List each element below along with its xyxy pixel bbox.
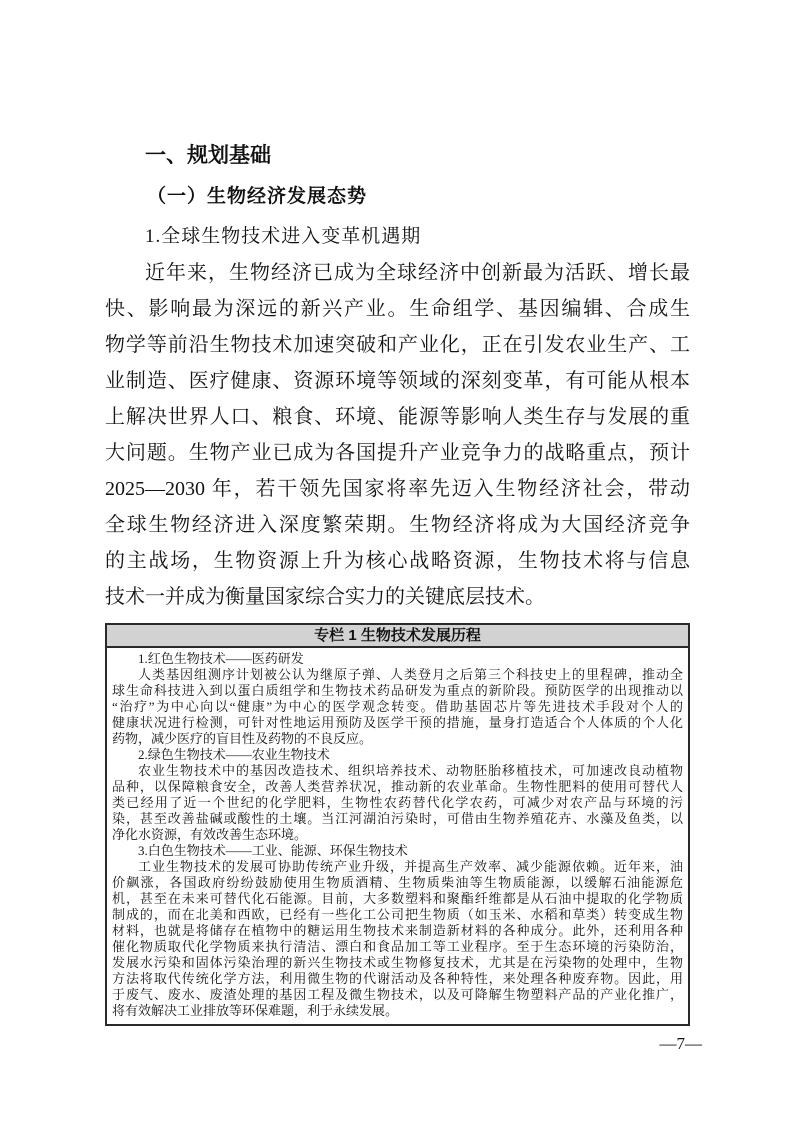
body-paragraph: 近年来，生物经济已成为全球经济中创新最为活跃、增长最快、影响最为深远的新兴产业。… <box>105 255 690 615</box>
text-line: 将有效解决工业排放等环保难题，利于永续发展。 <box>112 1003 683 1019</box>
text-line: 全球生物经济进入深度繁荣期。生物经济将成为大国经济竞争 <box>105 507 690 543</box>
panel-section-text: 农业生物技术中的基因改造技术、组织培养技术、动物胚胎移植技术，可加速改良动植物品… <box>112 763 683 843</box>
text-line: 制成的，而在北美和西欧，已经有一些化工公司把生物质（如玉米、水稻和草类）转变成生… <box>112 907 683 923</box>
text-line: 人类基因组测序计划被公认为继原子弹、人类登月之后第三个科技史上的里程碑，推动全 <box>112 667 683 683</box>
panel-section-text: 工业生物技术的发展可协助传统产业升级，并提高生产效率、减少能源依赖。近年来，油价… <box>112 859 683 1019</box>
panel-section-text: 人类基因组测序计划被公认为继原子弹、人类登月之后第三个科技史上的里程碑，推动全球… <box>112 667 683 747</box>
panel-title: 专栏 1 生物技术发展历程 <box>314 627 481 644</box>
panel-section-red: 1.红色生物技术——医药研发 人类基因组测序计划被公认为继原子弹、人类登月之后第… <box>112 651 683 747</box>
text-line: 业制造、医疗健康、资源环境等领域的深刻变革，有可能从根本 <box>105 363 690 399</box>
page-number: —7— <box>105 1034 702 1054</box>
text-line: 快、影响最为深远的新兴产业。生命组学、基因编辑、合成生 <box>105 291 690 327</box>
subsection-title: （一）生物经济发展态势 <box>147 184 690 209</box>
text-line: 价飙涨，各国政府纷纷鼓励使用生物质酒精、生物质柴油等生物质能源，以缓解石油能源危 <box>112 875 683 891</box>
text-line: 材料，也就是将储存在植物中的糖运用生物技术来制造新材料的各种成分。此外，还利用各… <box>112 923 683 939</box>
text-line: 药物，减少医疗的盲目性及药物的不良反应。 <box>112 731 683 747</box>
panel-title-bar: 专栏 1 生物技术发展历程 <box>107 625 688 648</box>
document-page: 一、规划基础 （一）生物经济发展态势 1.全球生物技术进入变革机遇期 近年来，生… <box>0 0 793 1122</box>
text-line: 品种，以保障粮食安全，改善人类营养状况，推动新的农业革命。生物性肥料的使用可替代… <box>112 779 683 795</box>
panel-section-heading: 3.白色生物技术——工业、能源、环保生物技术 <box>112 843 683 859</box>
section-title: 一、规划基础 <box>145 143 690 168</box>
text-line: 的主战场，生物资源上升为核心战略资源，生物技术将与信息 <box>105 543 690 579</box>
column-panel: 专栏 1 生物技术发展历程 1.红色生物技术——医药研发 人类基因组测序计划被公… <box>105 623 690 1026</box>
text-line: 机，甚至在未来可替代化石能源。目前，大多数塑料和聚酯纤维都是从石油中提取的化学物… <box>112 891 683 907</box>
text-line: 球生命科技进入到以蛋白质组学和生物技术药品研发为重点的新阶段。预防医学的出现推动… <box>112 683 683 699</box>
text-line: “治疗”为中心向以“健康”为中心的医学观念转变。借助基固芯片等先进技术手段对个人… <box>112 699 683 715</box>
panel-section-white: 3.白色生物技术——工业、能源、环保生物技术 工业生物技术的发展可协助传统产业升… <box>112 843 683 1019</box>
text-line: 染，甚至改善盐碱或酸性的土壤。当江河湖泊污染时，可借由生物养殖花卉、水藻及鱼类，… <box>112 811 683 827</box>
text-line: 技术一并成为衡量国家综合实力的关键底层技术。 <box>105 579 690 615</box>
panel-body: 1.红色生物技术——医药研发 人类基因组测序计划被公认为继原子弹、人类登月之后第… <box>107 648 688 1024</box>
text-line: 于废气、废水、废渣处理的基因工程及微生物技术，以及可降解生物塑料产品的产业化推广… <box>112 987 683 1003</box>
subsubsection-title: 1.全球生物技术进入变革机遇期 <box>145 224 690 249</box>
panel-section-heading: 2.绿色生物技术——农业生物技术 <box>112 747 683 763</box>
text-line: 物学等前沿生物技术加速突破和产业化，正在引发农业生产、工 <box>105 327 690 363</box>
text-line: 2025—2030 年，若干领先国家将率先迈入生物经济社会，带动 <box>105 471 690 507</box>
panel-section-heading: 1.红色生物技术——医药研发 <box>112 651 683 667</box>
text-line: 工业生物技术的发展可协助传统产业升级，并提高生产效率、减少能源依赖。近年来，油 <box>112 859 683 875</box>
text-line: 健康状况进行检测，可针对性地运用预防及医学干预的措施，量身打造适合个人体质的个人… <box>112 715 683 731</box>
text-line: 大问题。生物产业已成为各国提升产业竞争力的战略重点，预计 <box>105 435 690 471</box>
text-line: 上解决世界人口、粮食、环境、能源等影响人类生存与发展的重 <box>105 399 690 435</box>
text-line: 方法将取代传统化学方法，利用微生物的代谢活动及各种特性，来处理各种废弃物。因此，… <box>112 971 683 987</box>
text-line: 催化物质取代化学物质来执行清洁、漂白和食品加工等工业程序。至于生态环境的污染防治… <box>112 939 683 955</box>
text-line: 类已经用了近一个世纪的化学肥料，生物性农药替代化学农药，可减少对农产品与环境的污 <box>112 795 683 811</box>
text-line: 净化水资源，有效改善生态环境。 <box>112 827 683 843</box>
text-line: 农业生物技术中的基因改造技术、组织培养技术、动物胚胎移植技术，可加速改良动植物 <box>112 763 683 779</box>
text-line: 发展水污染和固体污染治理的新兴生物技术或生物修复技术，尤其是在污染物的处理中，生… <box>112 955 683 971</box>
text-line: 近年来，生物经济已成为全球经济中创新最为活跃、增长最 <box>105 255 690 291</box>
panel-section-green: 2.绿色生物技术——农业生物技术 农业生物技术中的基因改造技术、组织培养技术、动… <box>112 747 683 843</box>
